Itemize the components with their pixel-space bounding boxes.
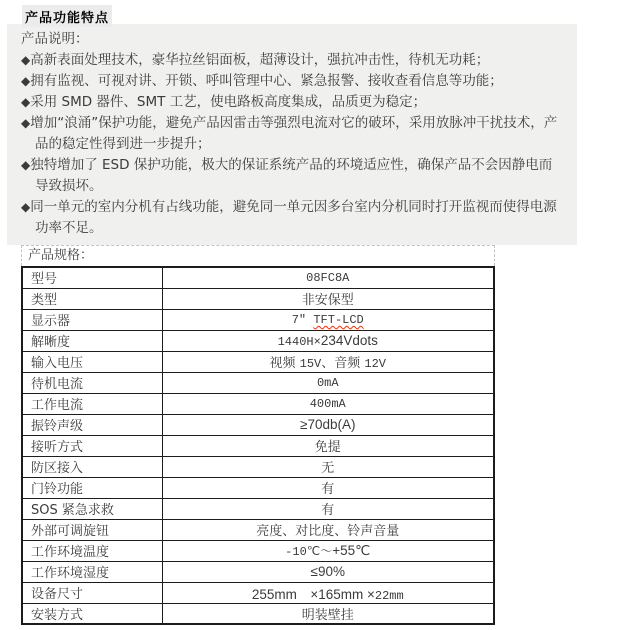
- spec-label-cell: 输入电压: [22, 351, 162, 372]
- spec-row: SOS 紧急求救有: [22, 498, 494, 519]
- spec-value-segment: 、音频: [321, 356, 364, 371]
- spec-value-cell: 明装壁挂: [162, 603, 494, 624]
- diamond-bullet-icon: ◆: [21, 74, 30, 88]
- page-title: 产品功能特点: [22, 5, 112, 27]
- spec-value-segment: ≥70db(A): [300, 417, 355, 432]
- diamond-bullet-icon: ◆: [21, 116, 30, 130]
- spec-value-segment: 22mm: [375, 589, 404, 603]
- spec-value-segment: 有: [321, 482, 334, 497]
- spec-row: 防区接入无: [22, 456, 494, 477]
- spec-value-cell: 无: [162, 456, 494, 477]
- spec-value-segment: 明装壁挂: [302, 608, 354, 623]
- spec-row: 待机电流0mA: [22, 372, 494, 393]
- spec-value-cell: 亮度、对比度、铃声音量: [162, 519, 494, 540]
- spec-value-segment: 亮度、对比度、铃声音量: [256, 524, 399, 539]
- spec-row: 类型非安保型: [22, 288, 494, 309]
- spec-label-cell: 接听方式: [22, 435, 162, 456]
- product-description-block: 产品说明： ◆高新表面处理技术，豪华拉丝铝面板，超薄设计，强抗冲击性，待机无功耗…: [7, 24, 577, 245]
- description-heading: 产品说明：: [21, 29, 565, 50]
- spec-row: 显示器7″ TFT-LCD: [22, 309, 494, 330]
- spec-value-cell: -10℃～+55℃: [162, 540, 494, 561]
- spec-document-page: 产品功能特点 产品说明： ◆高新表面处理技术，豪华拉丝铝面板，超薄设计，强抗冲击…: [0, 5, 628, 630]
- spec-label-cell: 外部可调旋钮: [22, 519, 162, 540]
- spec-value-segment: +55℃: [332, 543, 370, 558]
- spec-value-segment-spellcheck: TFT-LCD: [313, 313, 363, 327]
- spec-label-cell: 设备尺寸: [22, 582, 162, 603]
- spec-label-cell: 工作环境温度: [22, 540, 162, 561]
- feature-list: ◆高新表面处理技术，豪华拉丝铝面板，超薄设计，强抗冲击性，待机无功耗；◆拥有监视…: [21, 50, 565, 239]
- spec-value-cell: 非安保型: [162, 288, 494, 309]
- spec-value-cell: ≥70db(A): [162, 414, 494, 435]
- diamond-bullet-icon: ◆: [21, 53, 30, 67]
- spec-value-segment: ≤90%: [311, 564, 345, 579]
- spec-label-cell: SOS 紧急求救: [22, 498, 162, 519]
- spec-value-segment: 15V: [300, 357, 322, 371]
- title-row: 产品功能特点: [22, 5, 628, 24]
- spec-row: 解晰度1440H×234Vdots: [22, 330, 494, 351]
- feature-item: ◆增加“浪涌”保护功能，避免产品因雷击等强烈电流对它的破环，采用放脉冲干扰技术，…: [21, 113, 565, 155]
- spec-label-cell: 振铃声级: [22, 414, 162, 435]
- spec-value-cell: 08FC8A: [162, 267, 494, 288]
- spec-value-cell: 0mA: [162, 372, 494, 393]
- spec-label-cell: 工作环境湿度: [22, 561, 162, 582]
- spec-label-cell: 显示器: [22, 309, 162, 330]
- spec-value-segment: 7″: [292, 313, 314, 327]
- spec-row: 振铃声级≥70db(A): [22, 414, 494, 435]
- spec-value-segment: 400mA: [310, 397, 346, 411]
- spec-section-heading: 产品规格：: [21, 245, 495, 266]
- feature-text: 同一单元的室内分机有占线功能，避免同一单元因多台室内分机同时打开监视而使得电源功…: [30, 199, 557, 236]
- diamond-bullet-icon: ◆: [21, 200, 30, 214]
- feature-item: ◆采用 SMD 器件、SMT 工艺，使电路板高度集成，品质更为稳定；: [21, 92, 565, 113]
- spec-value-cell: 视频 15V、音频 12V: [162, 351, 494, 372]
- spec-label-cell: 型号: [22, 267, 162, 288]
- spec-value-cell: 1440H×234Vdots: [162, 330, 494, 351]
- spec-label-cell: 类型: [22, 288, 162, 309]
- spec-table: 型号08FC8A类型非安保型显示器7″ TFT-LCD解晰度1440H×234V…: [21, 266, 495, 625]
- spec-value-cell: 400mA: [162, 393, 494, 414]
- spec-label-cell: 门铃功能: [22, 477, 162, 498]
- spec-row: 工作环境温度-10℃～+55℃: [22, 540, 494, 561]
- feature-item: ◆拥有监视、可视对讲、开锁、呼叫管理中心、紧急报警、接收查看信息等功能；: [21, 71, 565, 92]
- spec-value-segment: 08FC8A: [306, 271, 349, 285]
- spec-value-cell: 有: [162, 477, 494, 498]
- spec-value-segment: -10℃～: [285, 545, 332, 559]
- feature-item: ◆独特增加了 ESD 保护功能，极大的保证系统产品的环境适应性，确保产品不会因静…: [21, 155, 565, 197]
- diamond-bullet-icon: ◆: [21, 95, 30, 109]
- spec-value-cell: 7″ TFT-LCD: [162, 309, 494, 330]
- spec-value-segment: 1440H×: [278, 335, 321, 349]
- feature-text: 高新表面处理技术，豪华拉丝铝面板，超薄设计，强抗冲击性，待机无功耗；: [30, 52, 489, 68]
- spec-value-segment: 234Vdots: [321, 333, 378, 348]
- spec-label-cell: 安装方式: [22, 603, 162, 624]
- spec-value-cell: ≤90%: [162, 561, 494, 582]
- feature-text: 采用 SMD 器件、SMT 工艺，使电路板高度集成，品质更为稳定；: [30, 94, 426, 110]
- spec-row: 型号08FC8A: [22, 267, 494, 288]
- spec-row: 安装方式明装壁挂: [22, 603, 494, 624]
- spec-value-cell: 免提: [162, 435, 494, 456]
- spec-row: 门铃功能有: [22, 477, 494, 498]
- spec-value-segment: 免提: [315, 440, 341, 455]
- spec-value-cell: 有: [162, 498, 494, 519]
- spec-value-segment: 视频: [270, 356, 300, 371]
- feature-text: 拥有监视、可视对讲、开锁、呼叫管理中心、紧急报警、接收查看信息等功能；: [30, 73, 503, 89]
- feature-text: 增加“浪涌”保护功能，避免产品因雷击等强烈电流对它的破环，采用放脉冲干扰技术，产…: [30, 115, 557, 152]
- spec-row: 接听方式免提: [22, 435, 494, 456]
- diamond-bullet-icon: ◆: [21, 158, 30, 172]
- spec-row: 工作环境湿度≤90%: [22, 561, 494, 582]
- spec-label-cell: 防区接入: [22, 456, 162, 477]
- spec-section: 产品规格： 型号08FC8A类型非安保型显示器7″ TFT-LCD解晰度1440…: [21, 245, 495, 625]
- spec-value-segment: 255mm ×165mm ×: [252, 587, 375, 602]
- spec-value-segment: 0mA: [317, 376, 339, 390]
- spec-row: 工作电流400mA: [22, 393, 494, 414]
- spec-label-cell: 待机电流: [22, 372, 162, 393]
- feature-item: ◆同一单元的室内分机有占线功能，避免同一单元因多台室内分机同时打开监视而使得电源…: [21, 197, 565, 239]
- spec-row: 外部可调旋钮亮度、对比度、铃声音量: [22, 519, 494, 540]
- spec-value-segment: 非安保型: [302, 293, 354, 308]
- feature-text: 独特增加了 ESD 保护功能，极大的保证系统产品的环境适应性，确保产品不会因静电…: [30, 157, 552, 194]
- spec-value-segment: 有: [321, 503, 334, 518]
- spec-label-cell: 解晰度: [22, 330, 162, 351]
- spec-row: 输入电压视频 15V、音频 12V: [22, 351, 494, 372]
- spec-value-segment: 无: [321, 461, 334, 476]
- spec-label-cell: 工作电流: [22, 393, 162, 414]
- spec-value-cell: 255mm ×165mm ×22mm: [162, 582, 494, 603]
- spec-value-segment: 12V: [364, 357, 386, 371]
- spec-row: 设备尺寸255mm ×165mm ×22mm: [22, 582, 494, 603]
- feature-item: ◆高新表面处理技术，豪华拉丝铝面板，超薄设计，强抗冲击性，待机无功耗；: [21, 50, 565, 71]
